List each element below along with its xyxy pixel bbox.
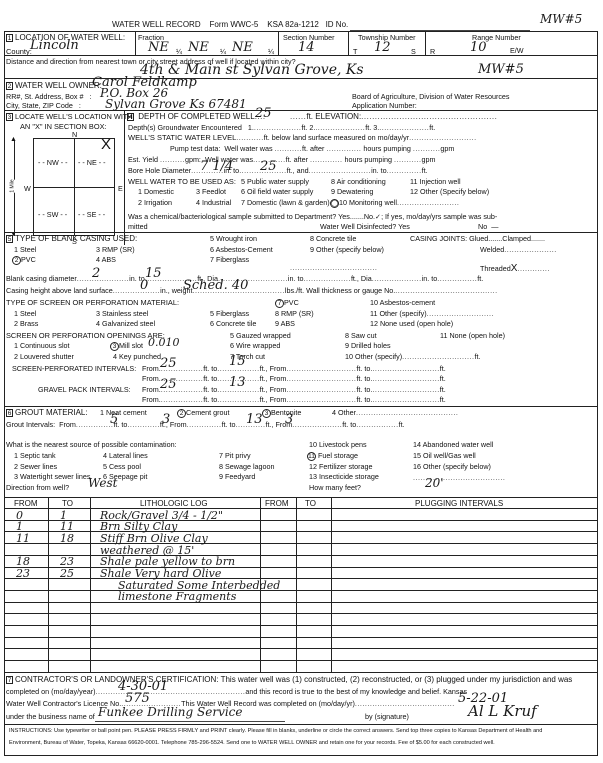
divider (4, 406, 598, 407)
section2-title: WATER WELL OWNER: (15, 81, 102, 90)
from-label: From. (142, 364, 161, 373)
screen-interval-2: From..................ft. to............… (142, 374, 446, 383)
to-label: ft. to (203, 374, 217, 383)
quadrant-ne-label: NE (87, 158, 97, 167)
selected-circle-icon: 2 (177, 409, 186, 418)
gravel-from-1[interactable]: 25 (160, 377, 177, 392)
pump-t3: hours pumping (363, 144, 411, 153)
ft-from: ft., From (260, 364, 287, 373)
static-suffix: ft. below land surface measured on mo/da… (264, 133, 409, 142)
opening-2[interactable]: 2 Louvered shutter (14, 352, 74, 361)
source-4[interactable]: 4 Lateral lines (103, 451, 148, 460)
grout-3-selected[interactable]: 3Bentonite3 Bentonite (262, 408, 301, 418)
signature-value[interactable]: Al L Kruf (468, 702, 537, 720)
use-7[interactable]: 7 Domestic (lawn & garden) (241, 198, 330, 207)
casing-5[interactable]: 5 Wrought iron (210, 234, 257, 243)
form-title-text: WATER WELL RECORD (112, 20, 201, 29)
log-header-plug-to: TO (305, 499, 316, 508)
grout-from-2[interactable]: 13 (246, 412, 263, 427)
ft-to: ft. to. (356, 364, 372, 373)
gw-4: ft. (429, 123, 435, 132)
divider (425, 31, 426, 55)
log-row-line (4, 637, 598, 638)
disinfected-no-label: No (478, 222, 487, 231)
log-row-line (4, 578, 598, 579)
use-6[interactable]: 6 Oil field water supply (241, 187, 313, 196)
section3-title: LOCATE WELL'S LOCATION WITH (15, 112, 133, 121)
screen-5[interactable]: 5 Fiberglass (210, 309, 249, 318)
id-label: ID No. (326, 20, 349, 29)
bore-label: Bore Hole Diameter (128, 166, 191, 175)
yield-label: Est. Yield (128, 155, 158, 164)
opening-8[interactable]: 8 Saw cut (345, 331, 377, 340)
depth-value[interactable]: 25 (255, 106, 272, 121)
dia-r4: in. to (422, 274, 438, 283)
ksa-reference: KSA 82a-1212 (267, 20, 319, 29)
use-9[interactable]: 9 Dewatering (331, 187, 373, 196)
gravel-to-1[interactable]: 13 (229, 375, 246, 390)
selected-circle-icon: 7 (275, 299, 284, 308)
fraction-1-value[interactable]: NE (148, 40, 169, 55)
quadrant-sw: - - SW - - (38, 210, 67, 219)
other-dots: ................................... (290, 263, 377, 272)
pump-t2: ft. after (302, 144, 324, 153)
section7-title: CONTRACTOR'S OR LANDOWNER'S CERTIFICATIO… (15, 675, 219, 684)
ft-from: ft., From (260, 385, 287, 394)
from-label: From. (142, 385, 161, 394)
sample-question: Was a chemical/bacteriological sample su… (128, 212, 375, 221)
log-row-line (4, 602, 598, 603)
height-row: Casing height above land surface........… (6, 286, 498, 295)
bore-row: Bore Hole Diameter.............in. to...… (128, 166, 428, 175)
address-label: RR#, St. Address, Box # : (6, 92, 92, 101)
ft-from: ft., From (260, 395, 287, 404)
bore-value[interactable]: 7 1/4 (200, 159, 233, 174)
depth-label: DEPTH OF COMPLETED WELL (138, 112, 254, 121)
business-value[interactable]: Funkee Drilling Service (98, 705, 243, 719)
to-label: ft. to (203, 395, 217, 404)
gravel-label: GRAVEL PACK INTERVALS: (38, 385, 131, 394)
grout-to-1[interactable]: 3 (162, 412, 170, 427)
divider (278, 31, 279, 55)
source-1[interactable]: 1 Septic tank (14, 451, 56, 460)
screen-4[interactable]: 4 Galvanized steel (96, 319, 155, 328)
selected-circle-icon: 11 (307, 452, 316, 461)
screen-3[interactable]: 3 Stainless steel (96, 309, 148, 318)
screen-12[interactable]: 12 None used (open hole) (370, 319, 453, 328)
log-row-line (4, 648, 598, 649)
quadrant-se: - - SE - - (78, 210, 105, 219)
log-to-cell[interactable]: 25 (60, 567, 74, 580)
elevation-label: ......ft. ELEVATION:....................… (290, 112, 497, 121)
screen-intervals-label: SCREEN-PERFORATED INTERVALS: (12, 364, 136, 373)
mile-label: 1 Mile (10, 179, 16, 192)
bore-to-value[interactable]: 25 (260, 159, 277, 174)
section3-label2: AN "X" IN SECTION BOX: (20, 122, 107, 131)
quadrant-ne: - - NE - - (78, 158, 106, 167)
instructions-line2: Environment, Bureau of Water, Topeka, Ka… (9, 740, 495, 746)
log-row-line (4, 567, 598, 568)
section7-number: 7 (6, 676, 13, 684)
opening-5[interactable]: 5 Gauzed wrapped (230, 331, 291, 340)
casing-2-selected[interactable]: 22 PVCPVC (12, 255, 36, 265)
log-row-line (4, 555, 598, 556)
log-row-line (4, 625, 598, 626)
ft: ft. (440, 385, 446, 394)
sample-rest2: mitted (128, 222, 148, 231)
log-row-line (4, 520, 598, 521)
welded-label-text: Welded (480, 245, 504, 254)
divider (124, 110, 125, 245)
log-col-divider (296, 497, 297, 672)
casing-6[interactable]: 6 Asbestos-Cement (210, 245, 273, 254)
divider (135, 31, 136, 55)
mill-slot-value[interactable]: 0.010 (148, 336, 180, 349)
contamination-label: What is the nearest source of possible c… (6, 440, 177, 449)
grout-intervals-row: Grout Intervals: From...............ft. … (6, 420, 405, 429)
source-2[interactable]: 2 Sewer lines (14, 462, 57, 471)
id-value[interactable]: MW#5 (540, 12, 582, 26)
screen-label: TYPE OF SCREEN OR PERFORATION MATERIAL: (6, 298, 179, 307)
section2-number: 2 (6, 82, 13, 90)
weight-value[interactable]: Sched. 40 (183, 278, 248, 293)
height-value[interactable]: 0 (140, 278, 148, 293)
completed-row: completed on (mo/day/year)..............… (6, 687, 467, 696)
bore-r1: ft., and (287, 166, 309, 175)
compass-w: W (24, 184, 31, 193)
diameter-label: Blank casing diameter (6, 274, 77, 283)
log-row-line (4, 660, 598, 661)
sample-rest: ; If yes, mo/day/yrs sample was sub- (381, 212, 497, 221)
log-header-plug-from: FROM (265, 499, 289, 508)
grout-intervals-label: Grout Intervals: (6, 420, 55, 429)
openings-label: SCREEN OR PERFORATION OPENINGS ARE: (6, 331, 165, 340)
source-9[interactable]: 9 Feedyard (219, 472, 255, 481)
board-label: Board of Agriculture, Division of Water … (352, 92, 510, 101)
use-label: WELL WATER TO BE USED AS: (128, 177, 236, 186)
log-row-line (4, 613, 598, 614)
divider (4, 232, 598, 233)
casing-8[interactable]: 8 Concrete tile (310, 234, 356, 243)
screen-from-1[interactable]: 25 (160, 356, 177, 371)
quadrant-nw: - - NW - - (38, 158, 68, 167)
use-8[interactable]: 8 Air conditioning (331, 177, 386, 186)
section5-title: TYPE OF BLANK CASING USED: (15, 234, 137, 243)
pump-t1: Well water was (224, 144, 272, 153)
opening-10-label: 10 Other (specify) (345, 352, 402, 361)
city-label: City, State, ZIP Code : (6, 101, 81, 110)
gw-2: ft. 2. (301, 123, 315, 132)
screen-7-selected[interactable]: 7PVC7 PVC (275, 298, 299, 308)
yield-t3: ft. after (286, 155, 308, 164)
section4-number: 4 (127, 113, 134, 121)
from-label: From. (142, 374, 161, 383)
section6-label: 6GROUT MATERIAL: (6, 408, 88, 417)
range-value[interactable]: 10 (470, 40, 487, 55)
log-header-from: FROM (14, 499, 38, 508)
section3-label: 3LOCATE WELL'S LOCATION WITH (6, 112, 133, 121)
source-8[interactable]: 8 Sewage lagoon (219, 462, 275, 471)
completed-label: completed on (mo/day/year) (6, 687, 96, 696)
screen-10[interactable]: 10 Asbestos-cement (370, 298, 435, 307)
opening-3-selected[interactable]: 3Mill slot3 Mill slot (110, 341, 143, 351)
screen-6[interactable]: 6 Concrete tile (210, 319, 256, 328)
selected-circle-icon: 2 (12, 256, 21, 265)
to-label: ft. to (203, 364, 217, 373)
quadrant-nw-label: NW (47, 158, 59, 167)
location-mark: X (101, 136, 111, 153)
business-label: under the business name of (6, 712, 95, 721)
yield-row: Est. Yield ..........gpm: Well water was… (128, 155, 435, 164)
screen-11-label: 11 Other (specify) (370, 309, 427, 318)
source-15[interactable]: 15 Oil well/Gas well (413, 451, 476, 460)
pump-t4: gpm (440, 144, 454, 153)
county-value[interactable]: Lincoln (30, 38, 79, 53)
range-suffix: E/W (510, 46, 524, 55)
fraction-3-value[interactable]: NE (232, 40, 253, 55)
log-row-line (4, 543, 598, 544)
casing-3[interactable]: 3 RMP (SR) (96, 245, 135, 254)
screen-1[interactable]: 1 Steel (14, 309, 36, 318)
opening-11[interactable]: 11 None (open hole) (440, 331, 505, 340)
quadrant-sw-label: SW (47, 210, 59, 219)
form-number: Form WWC-5 (210, 20, 259, 29)
log-col-divider (48, 497, 49, 672)
source-7[interactable]: 7 Pit privy (219, 451, 251, 460)
compass-n: N (72, 130, 77, 139)
ft: ft. (440, 364, 446, 373)
height-label: Casing height above land surface (6, 286, 113, 295)
township-value[interactable]: 12 (374, 40, 391, 55)
static-label: WELL'S STATIC WATER LEVEL (128, 133, 236, 142)
casing-9[interactable]: 9 Other (specify below) (310, 245, 384, 254)
use-10-selected[interactable]: ◯10 Monitoring well.....................… (330, 198, 459, 208)
section6-number: 6 (6, 409, 13, 417)
section1-number: 1 (6, 34, 13, 42)
wall-label: lbs./ft. Wall thickness or gauge No. (285, 286, 395, 295)
diameter-value[interactable]: 2 (92, 266, 100, 281)
casing-7[interactable]: 7 Fiberglass (210, 255, 249, 264)
log-desc-cell[interactable]: limestone Fragments (118, 590, 236, 603)
screen-9[interactable]: 9 ABS (275, 319, 295, 328)
ft-to: ft. to. (356, 374, 372, 383)
section3-number: 3 (6, 113, 13, 121)
screen-2[interactable]: 2 Brass (14, 319, 38, 328)
divider (4, 508, 598, 509)
ft: ft. (440, 395, 446, 404)
disinfected-label: Water Well Disinfected? Yes (320, 222, 410, 231)
log-from-cell[interactable]: 23 (16, 567, 30, 580)
source-10[interactable]: 10 Livestock pens (309, 440, 367, 449)
use-1[interactable]: 1 Domestic (138, 187, 174, 196)
use-10: 10 Monitoring well (339, 198, 397, 207)
direction-label: Direction from well? (6, 483, 69, 492)
groundwater-row: Depth(s) Groundwater Encountered 1......… (128, 123, 435, 132)
log-col-divider (331, 497, 332, 672)
use-4[interactable]: 4 Industrial (196, 198, 231, 207)
signature-label: by (signature) (365, 712, 409, 721)
log-header-plugging: PLUGGING INTERVALS (415, 499, 503, 508)
casing-1[interactable]: 1 Steel (14, 245, 36, 254)
log-col-divider (90, 497, 91, 672)
groundwater-label: Depth(s) Groundwater Encountered (128, 123, 242, 132)
address-label-text: RR#, St. Address, Box # (6, 92, 84, 101)
section5-number: 5 (6, 235, 13, 243)
section2-label: 2WATER WELL OWNER: (6, 81, 102, 90)
bore-r3: ft. (422, 166, 428, 175)
section7-text: This water well was (1) constructed, (2)… (221, 675, 573, 684)
yield-t4: hours pumping (344, 155, 392, 164)
completed-rest: and this record is true to the best of m… (245, 687, 467, 696)
section6-title: GROUT MATERIAL: (15, 408, 88, 417)
screen-interval-1: From..................ft. to............… (142, 364, 446, 373)
screen-to-1[interactable]: 15 (229, 354, 246, 369)
dia-r3: ft., Dia (351, 274, 372, 283)
city-value[interactable]: Sylvan Grove Ks 67481 (105, 97, 247, 111)
use-3[interactable]: 3 Feedlot (196, 187, 226, 196)
fraction-2-value[interactable]: NE (188, 40, 209, 55)
log-header-lithologic: LITHOLOGIC LOG (140, 499, 208, 508)
section7-label: 7CONTRACTOR'S OR LANDOWNER'S CERTIFICATI… (6, 675, 572, 684)
opening-1[interactable]: 1 Continuous slot (14, 341, 70, 350)
source-16[interactable]: 16 Other (specify below) (413, 462, 491, 471)
form-title: WATER WELL RECORD Form WWC-5 KSA 82a-121… (112, 20, 348, 29)
source-13[interactable]: 13 Insecticide storage (309, 472, 379, 481)
grout-from-1[interactable]: 5 (110, 412, 118, 427)
arrow-up-icon: ▲ (10, 136, 17, 143)
divider (4, 724, 598, 725)
threaded-label: ThreadedX............. (480, 263, 550, 274)
ft-to: ft. to. (356, 385, 372, 394)
divider (348, 31, 349, 55)
section5-label: 5TYPE OF BLANK CASING USED: (6, 234, 137, 243)
selected-circle-icon: ◯ (330, 199, 339, 208)
application-label: Application Number: (352, 101, 417, 110)
divider (4, 110, 598, 111)
log-from-cell[interactable]: 11 (16, 532, 30, 545)
disinfected-no: No — (478, 222, 498, 231)
pump-row: Pump test data: Well water was .........… (170, 144, 454, 153)
screen-11[interactable]: 11 Other (specify)......................… (370, 309, 494, 318)
from-label: From. (142, 395, 161, 404)
divider (4, 55, 598, 56)
city-label-text: City, State, ZIP Code (6, 101, 73, 110)
gravel-interval-2: From..................ft. to............… (142, 395, 446, 404)
section-number-value[interactable]: 14 (298, 40, 315, 55)
gw-3: ft. 3. (365, 123, 379, 132)
source-3[interactable]: 3 Watertight sewer lines (14, 472, 90, 481)
elevation-label-text: ft. ELEVATION: (306, 112, 361, 121)
compass-e: E (118, 184, 123, 193)
use-2[interactable]: 2 Irrigation (138, 198, 172, 207)
quadrant-se-label: SE (87, 210, 97, 219)
to-label: ft. to (203, 385, 217, 394)
disinfected-mark: — (491, 222, 498, 231)
source-5[interactable]: 5 Cess pool (103, 462, 141, 471)
selected-circle-icon: 3 (110, 342, 119, 351)
dia-r2: in. to (288, 274, 304, 283)
section4-depth: 4 DEPTH OF COMPLETED WELL.... (127, 112, 266, 121)
grout-4-label: 4 Other (332, 408, 356, 417)
log-row-line (4, 531, 598, 532)
license-value[interactable]: 575 (125, 691, 150, 706)
opening-10[interactable]: 10 Other (specify)......................… (345, 352, 481, 361)
divider (4, 497, 598, 498)
source-12[interactable]: 12 Fertilizer storage (309, 462, 373, 471)
section-box-horizontal (33, 187, 115, 188)
selected-circle-icon: 3 (262, 409, 271, 418)
grout-1[interactable]: 1 Neat cement (100, 408, 147, 417)
instructions-line1: INSTRUCTIONS: Use typewriter or ball poi… (9, 728, 542, 734)
business-underline (95, 721, 285, 722)
yield-t5: gpm (421, 155, 435, 164)
yield-t1: gpm: (185, 155, 201, 164)
opening-4[interactable]: 4 Key punched (113, 352, 161, 361)
screen-8[interactable]: 8 RMP (SR) (275, 309, 314, 318)
use-5[interactable]: 5 Public water supply (241, 177, 309, 186)
opening-9[interactable]: 9 Drilled holes (345, 341, 391, 350)
use-12[interactable]: 12 Other (Specify below) (410, 187, 489, 196)
sample-row: Was a chemical/bacteriological sample su… (128, 212, 497, 221)
grout-2-selected[interactable]: 2Cement grout2 Cement grout (177, 408, 230, 418)
static-row: WELL'S STATIC WATER LEVEL...........ft. … (128, 133, 477, 142)
welded-label: Welded..................... (480, 245, 557, 254)
log-header-to: TO (62, 499, 73, 508)
divider (4, 672, 598, 673)
distance-note[interactable]: MW#5 (478, 62, 524, 77)
feet-label: How many feet? (309, 483, 361, 492)
gravel-interval-1: From..................ft. to............… (142, 385, 446, 394)
log-to-cell[interactable]: 18 (60, 532, 74, 545)
pump-label: Pump test data: (170, 144, 220, 153)
use-11[interactable]: 11 Injection well (410, 177, 461, 186)
joints-label: CASING JOINTS: Glued.......Clamped......… (410, 234, 545, 243)
grout-4[interactable]: 4 Other.................................… (332, 408, 458, 417)
ft-to: ft. to. (356, 395, 372, 404)
ft-from: ft., From (260, 374, 287, 383)
feet-value[interactable]: 20' (425, 476, 444, 490)
bore-r2: in. to (371, 166, 387, 175)
log-row-line (4, 590, 598, 591)
threaded-label-text: Threaded (480, 264, 511, 273)
opening-6[interactable]: 6 Wire wrapped (230, 341, 280, 350)
source-14[interactable]: 14 Abandoned water well (413, 440, 493, 449)
dia-r5: ft. (477, 274, 483, 283)
direction-value[interactable]: West (88, 476, 117, 490)
grout-to-2[interactable]: 3 (285, 412, 293, 427)
ft: ft. (440, 374, 446, 383)
source-11-selected[interactable]: 11 Fuel storage11 Fuel storage (307, 451, 358, 461)
casing-4[interactable]: 4 ABS (96, 255, 116, 264)
